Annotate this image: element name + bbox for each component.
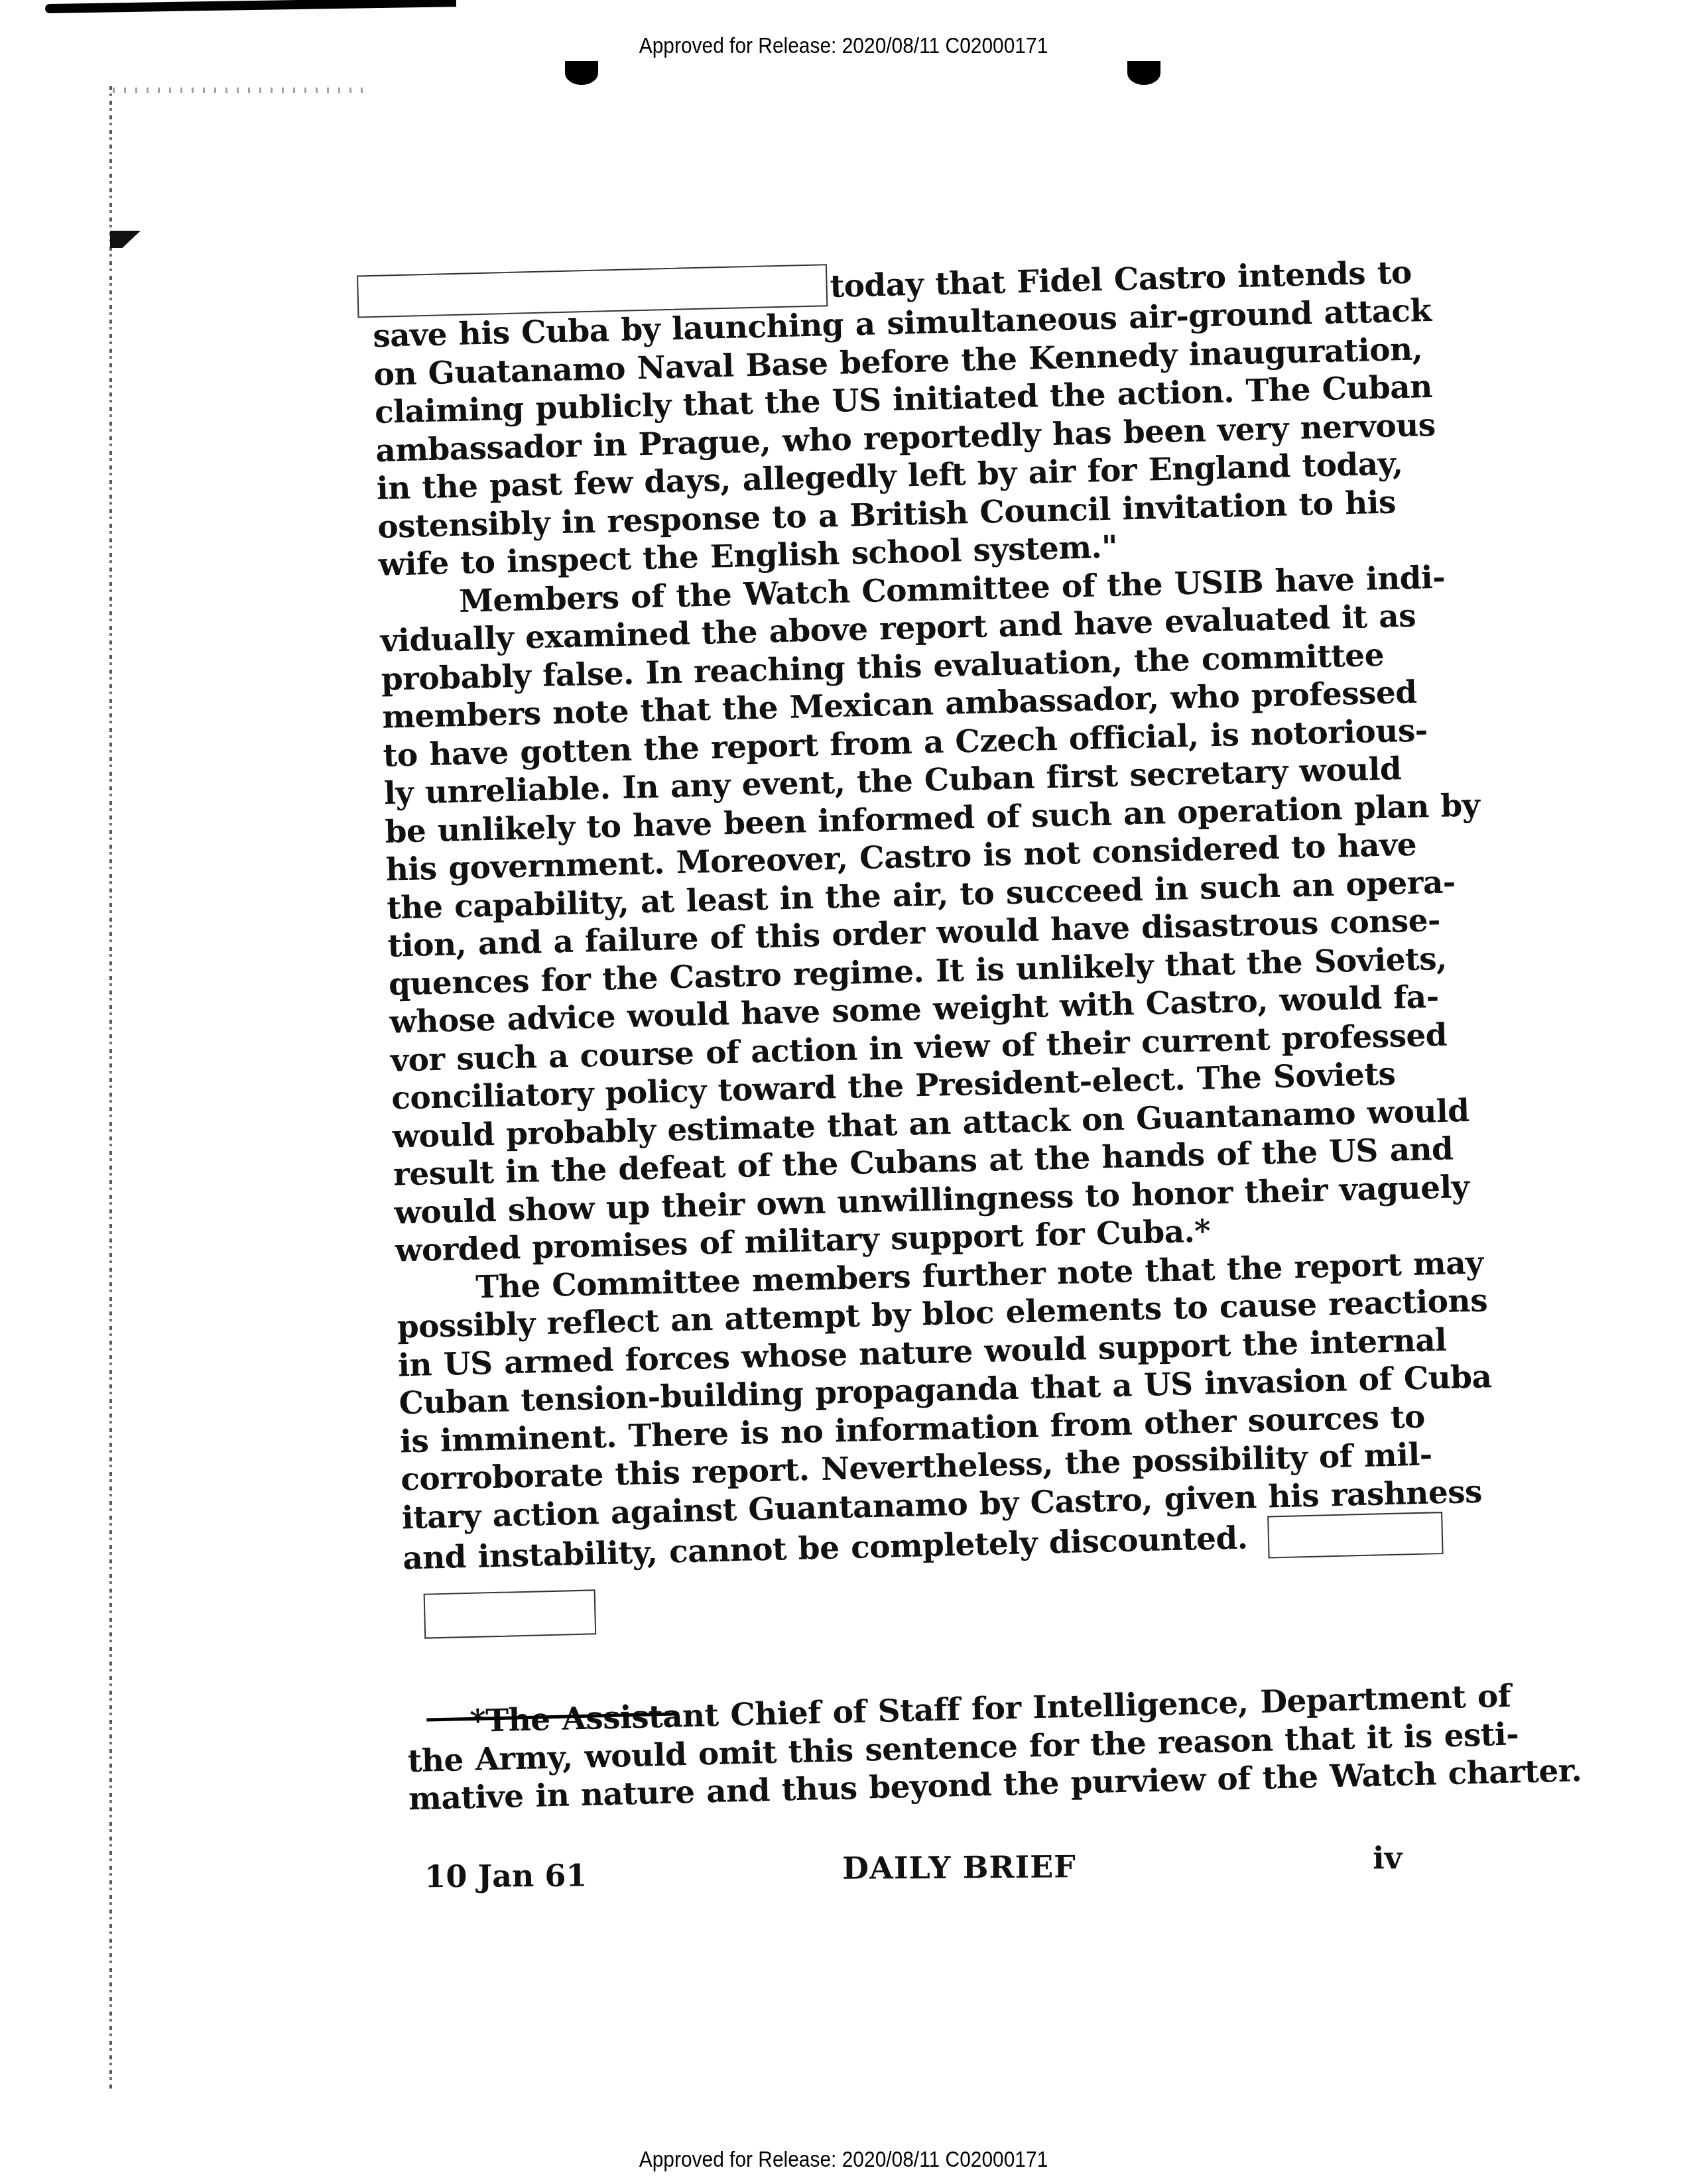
document-body: today that Fidel Castro intends to save … [371,247,1536,1818]
scan-left-edge [109,86,112,2089]
paragraph-2: Members of the Watch Committee of the US… [379,557,1523,1270]
footnote: *The Assistant Chief of Staff for Intell… [406,1677,1536,1819]
footer-title: DAILY BRIEF [842,1849,1076,1886]
paragraph-3: The Committee members further note that … [396,1243,1532,1640]
release-stamp-header: Approved for Release: 2020/08/11 C020001… [101,33,1586,59]
redaction-box [1267,1512,1443,1558]
paragraph-1: today that Fidel Castro intends to save … [371,247,1506,584]
release-stamp-footer: Approved for Release: 2020/08/11 C020001… [101,2147,1586,2173]
punch-hole-left [565,61,598,85]
footer-date: 10 Jan 61 [424,1858,587,1895]
scan-top-border [45,0,456,13]
punch-hole-right [1127,61,1160,85]
redaction-box [424,1589,597,1638]
footer-page-number: iv [1373,1840,1403,1876]
scan-speckle [113,88,365,93]
scan-artifact [110,231,141,248]
page-footer: 10 Jan 61 DAILY BRIEF iv [424,1847,1419,1853]
